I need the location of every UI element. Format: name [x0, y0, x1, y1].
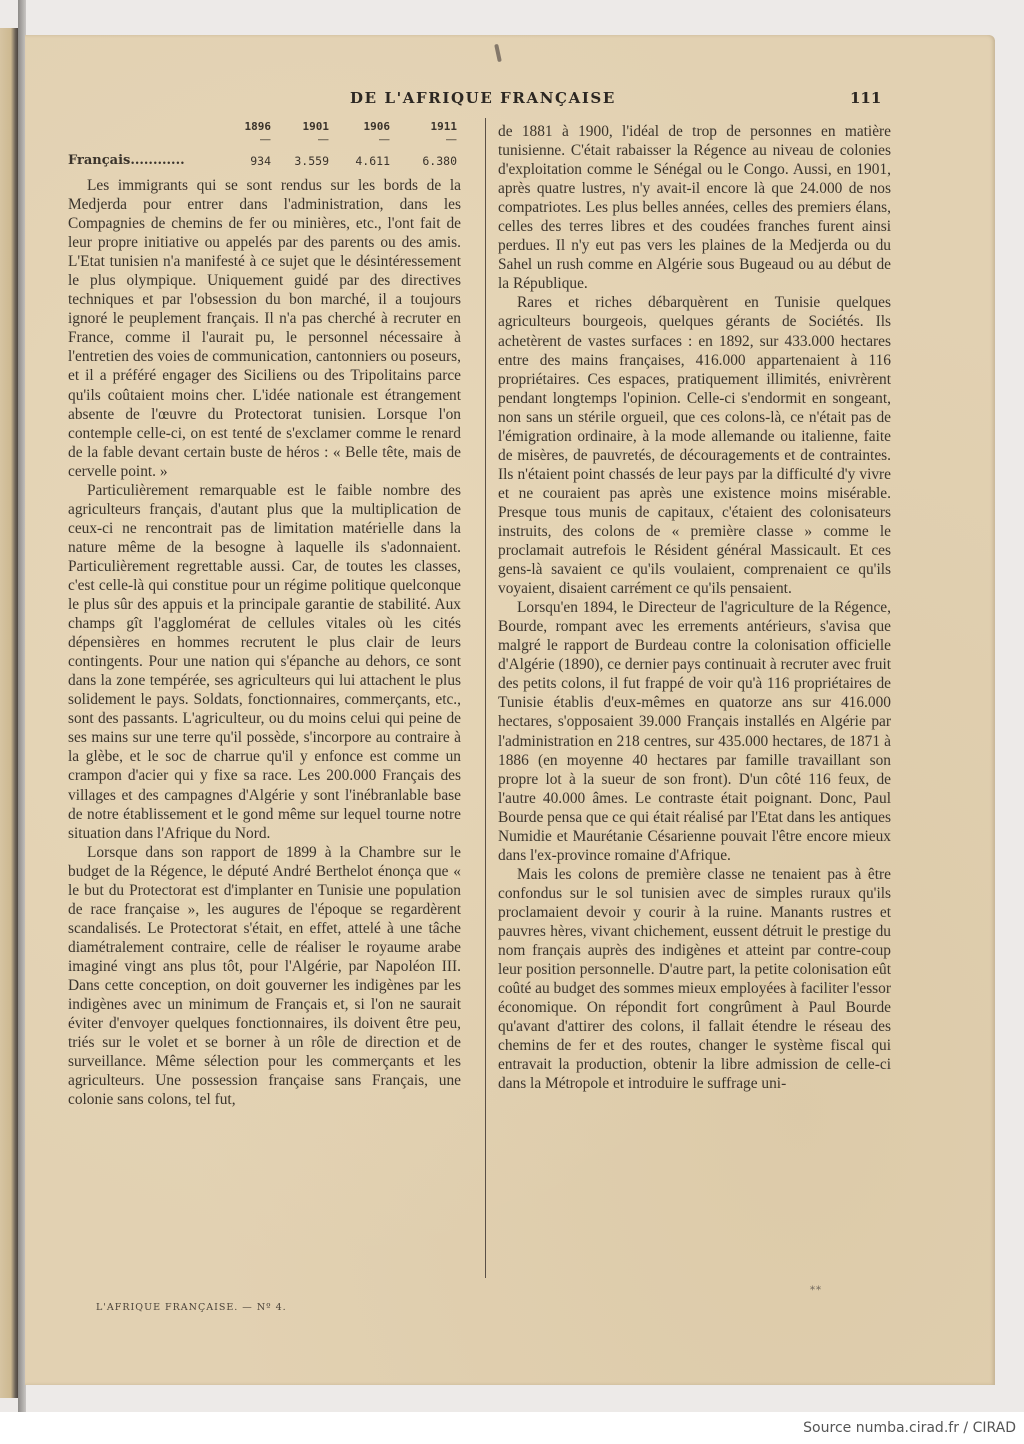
dash: — [397, 132, 457, 146]
paragraph: Mais les colons de première classe ne te… [498, 865, 891, 1094]
book-spine [0, 28, 18, 1398]
right-column: de 1881 à 1900, l'idéal de trop de perso… [498, 122, 891, 1093]
paragraph: Rares et riches débarquèrent en Tunisie … [498, 293, 891, 598]
table-dash-row: — — — — [68, 136, 458, 152]
paragraph: Particulièrement remarquable est le faib… [68, 481, 461, 843]
table-cell: 934 [211, 154, 271, 168]
column-divider [485, 118, 486, 1278]
dash: — [211, 132, 271, 146]
source-credit: Source numba.cirad.fr / CIRAD [803, 1420, 1016, 1436]
paragraph: Lorsqu'en 1894, le Directeur de l'agricu… [498, 598, 891, 865]
dash: — [330, 132, 390, 146]
journal-signature: L'AFRIQUE FRANÇAISE. — Nº 4. [96, 1302, 287, 1313]
page-number: 111 [850, 89, 881, 107]
table-row: Français............ 934 3.559 4.611 6.3… [68, 152, 458, 170]
left-column: Les immigrants qui se sont rendus sur le… [68, 176, 461, 1109]
paragraph: Les immigrants qui se sont rendus sur le… [68, 176, 461, 481]
table-cell: 4.611 [330, 154, 390, 168]
paragraph: Lorsque dans son rapport de 1899 à la Ch… [68, 843, 461, 1110]
population-table: 1896 1901 1906 1911 — — — — Français....… [68, 120, 458, 170]
signature-mark: ** [810, 1285, 822, 1296]
dash: — [269, 132, 329, 146]
running-title: DE L'AFRIQUE FRANÇAISE [350, 89, 616, 107]
table-cell: 6.380 [397, 154, 457, 168]
row-label: Français............ [68, 153, 185, 168]
table-cell: 3.559 [269, 154, 329, 168]
paragraph-continuation: de 1881 à 1900, l'idéal de trop de perso… [498, 122, 891, 293]
